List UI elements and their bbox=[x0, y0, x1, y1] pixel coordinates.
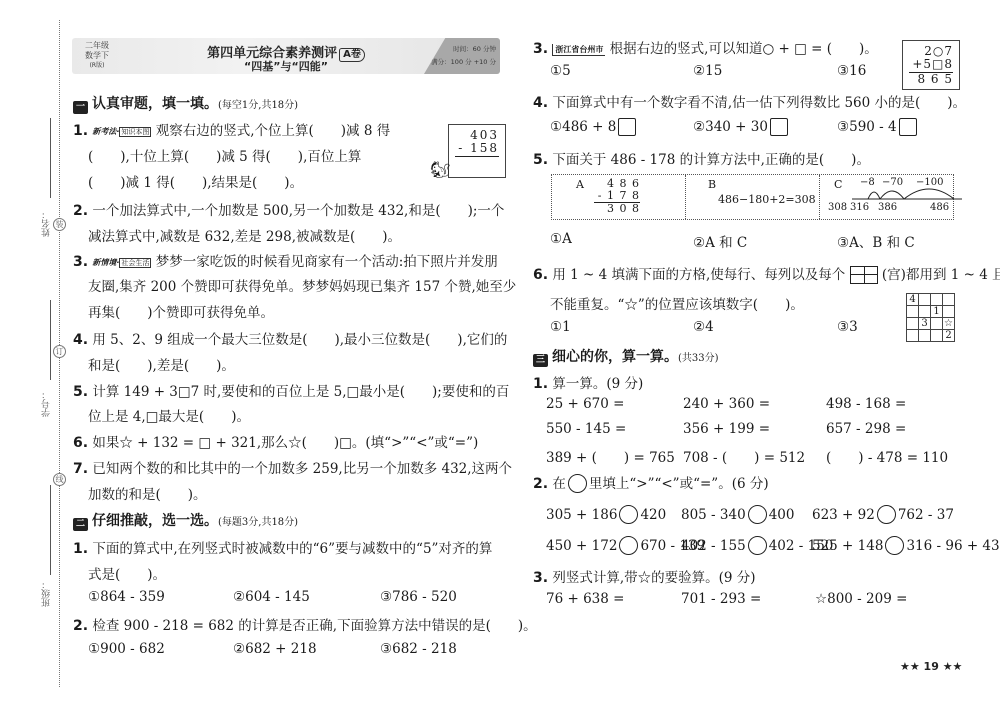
grid-cell bbox=[919, 306, 931, 318]
tick-label: 316 bbox=[850, 202, 869, 213]
grid-cell bbox=[907, 330, 919, 342]
option-3[interactable]: ③590 - 4 bbox=[837, 118, 917, 136]
name-label: 姓名： bbox=[40, 210, 52, 237]
question-2-3: 3. 浙江省台州市 根据右边的竖式,可以知道○ + □ = ( )。 bbox=[533, 37, 878, 57]
question-number: 5. bbox=[533, 152, 548, 168]
option-3[interactable]: ③682 - 218 bbox=[380, 641, 457, 657]
question-1-1: 1. 新考法·知识本图 观察右边的竖式,个位上算( )减 8 得 bbox=[73, 119, 390, 139]
option-1[interactable]: ①5 bbox=[550, 63, 571, 79]
grid-cell bbox=[931, 330, 943, 342]
question-3-1: 1. 算一算。(9 分) bbox=[533, 372, 643, 392]
question-1-3: 3. 新情境·社会生活 梦梦一家吃饭的时候看见商家有一个活动:拍下照片并发朋 bbox=[73, 250, 498, 270]
question-number: 2. bbox=[73, 203, 88, 219]
calc-item: ☆800 - 209 = bbox=[815, 591, 907, 607]
grid-cell: ☆ bbox=[943, 318, 955, 330]
left-expr: 450 + 172 bbox=[546, 538, 617, 554]
right-expr: 400 bbox=[769, 507, 795, 523]
grid-cell: 2 bbox=[943, 330, 955, 342]
method-b: B 486−180+2=308 bbox=[686, 175, 820, 219]
question-number: 2. bbox=[73, 618, 88, 634]
question-text: 式是( )。 bbox=[88, 563, 166, 583]
question-number: 6. bbox=[533, 267, 548, 283]
question-text: 观察右边的竖式,个位上算( )减 8 得 bbox=[156, 123, 391, 139]
question-text: 再集( )个赞即可获得免单。 bbox=[88, 301, 274, 321]
calc-result: 3 0 8 bbox=[594, 202, 640, 215]
option-3[interactable]: ③3 bbox=[837, 319, 858, 335]
question-number: 2. bbox=[533, 476, 548, 492]
calc-mid: - 1 7 8 bbox=[594, 190, 640, 202]
section-number: 一 bbox=[73, 101, 88, 114]
calc-rule bbox=[455, 156, 499, 157]
compare-circle[interactable] bbox=[885, 536, 904, 555]
compare-circle[interactable] bbox=[877, 505, 896, 524]
method-label: A bbox=[576, 178, 584, 191]
question-text: (宫)都用到 1 ~ 4 且 bbox=[882, 267, 1000, 283]
question-text: ( ),十位上算( )减 5 得( ),百位上算 bbox=[88, 145, 361, 165]
tick-label: 386 bbox=[878, 202, 897, 213]
question-1-5: 5. 计算 149 + 3□7 时,要使和的百位上是 5,□最小是( );要使和… bbox=[73, 380, 509, 400]
left-expr: 305 + 186 bbox=[546, 507, 617, 523]
vertical-calc: 4 8 6 - 1 7 8 3 0 8 bbox=[594, 178, 640, 215]
question-text: 下面关于 486 - 178 的计算方法中,正确的是( )。 bbox=[552, 152, 870, 168]
question-number: 1. bbox=[533, 376, 548, 392]
question-text: 如果☆ + 132 = □ + 321,那么☆( )□。(填“>”“<”或“=”… bbox=[92, 435, 478, 451]
compare-item: 402 - 155402 - 150 bbox=[681, 536, 833, 555]
grid-cell bbox=[907, 318, 919, 330]
seal-icon: 线 bbox=[53, 473, 66, 486]
section-note: (每空1分,共18分) bbox=[218, 100, 298, 111]
new-method-tag: 新考法·知识本图 bbox=[92, 126, 151, 137]
compare-item: 305 + 186420 bbox=[546, 505, 666, 524]
question-text: 友圈,集齐 200 个赞即可获得免单。梦梦妈妈现已集齐 157 个赞,她至少 bbox=[88, 275, 516, 295]
question-number: 7. bbox=[73, 461, 88, 477]
question-3-3: 3. 列竖式计算,带☆的要验算。(9 分) bbox=[533, 566, 756, 586]
option-2[interactable]: ②4 bbox=[693, 319, 714, 335]
calc-item: 356 + 199 = bbox=[683, 421, 770, 437]
calc-item: 708 - ( ) = 512 bbox=[683, 446, 805, 466]
grid-cell bbox=[931, 294, 943, 306]
seal-icon: 装 bbox=[53, 218, 66, 231]
question-text: 里填上“>”“<”或“=”。(6 分) bbox=[589, 476, 769, 492]
question-text: 和是( ),差是( )。 bbox=[88, 354, 235, 374]
question-3-2: 2. 在里填上“>”“<”或“=”。(6 分) bbox=[533, 472, 769, 493]
question-text: 算一算。(9 分) bbox=[552, 376, 643, 392]
circle-blank-icon bbox=[568, 474, 587, 493]
grid-cell: 3 bbox=[919, 318, 931, 330]
tag-text: 新情境 bbox=[92, 258, 116, 267]
option-2[interactable]: ②15 bbox=[693, 63, 722, 79]
question-1-6: 6. 如果☆ + 132 = □ + 321,那么☆( )□。(填“>”“<”或… bbox=[73, 431, 478, 451]
step-label: −100 bbox=[916, 177, 943, 188]
question-2-1: 1. 下面的算式中,在列竖式时被减数中的“6”要与减数中的“5”对齐的算 bbox=[73, 537, 492, 557]
section-note: (共33分) bbox=[678, 353, 719, 364]
id-line bbox=[50, 300, 51, 380]
grid-cell bbox=[919, 294, 931, 306]
question-number: 6. bbox=[73, 435, 88, 451]
compare-circle[interactable] bbox=[619, 505, 638, 524]
option-2[interactable]: ②682 + 218 bbox=[233, 641, 317, 657]
question-text: 计算 149 + 3□7 时,要使和的百位上是 5,□最小是( );要使和的百 bbox=[92, 384, 509, 400]
question-2-2: 2. 检查 900 - 218 = 682 的计算是否正确,下面验算方法中错误的… bbox=[73, 614, 537, 634]
method-a: A 4 8 6 - 1 7 8 3 0 8 bbox=[552, 175, 686, 219]
class-line bbox=[50, 485, 51, 575]
option-1[interactable]: ①900 - 682 bbox=[88, 641, 165, 657]
question-text: 下面的算式中,在列竖式时被减数中的“6”要与减数中的“5”对齐的算 bbox=[92, 541, 492, 557]
section-title: 认真审题，填一填。 bbox=[92, 96, 218, 112]
left-expr: 623 + 92 bbox=[812, 507, 875, 523]
option-2[interactable]: ②604 - 145 bbox=[233, 589, 310, 605]
option-3[interactable]: ③A、B 和 C bbox=[837, 231, 915, 251]
id-label: 学号： bbox=[40, 390, 52, 417]
question-text: 减法算式中,减数是 632,差是 298,被减数是( )。 bbox=[88, 225, 401, 245]
question-1-4: 4. 用 5、2、9 组成一个最大三位数是( ),最小三位数是( ),它们的 bbox=[73, 328, 507, 348]
blank-box bbox=[618, 118, 636, 136]
blank-box bbox=[899, 118, 917, 136]
question-text: ( )减 1 得( ),结果是( )。 bbox=[88, 171, 303, 191]
compare-item: 805 - 340400 bbox=[681, 505, 794, 524]
calc-item: ( ) - 478 = 110 bbox=[826, 446, 948, 466]
vertical-calc-figure: 403 - 158 bbox=[448, 124, 506, 178]
option-2[interactable]: ②340 + 30 bbox=[693, 118, 788, 136]
question-number: 4. bbox=[73, 332, 88, 348]
question-number: 3. bbox=[73, 254, 88, 270]
grid-cell bbox=[931, 318, 943, 330]
section-number: 三 bbox=[533, 354, 548, 367]
grid-cell bbox=[919, 330, 931, 342]
question-text: 一个加法算式中,一个加数是 500,另一个加数是 432,和是( );一个 bbox=[92, 203, 504, 219]
right-expr: 316 - 96 + 437 bbox=[906, 538, 1000, 554]
question-text: 梦梦一家吃饭的时候看见商家有一个活动:拍下照片并发朋 bbox=[156, 254, 498, 270]
method-label: C bbox=[834, 178, 842, 191]
section-2-heading: 二仔细推敲，选一选。(每题3分,共18分) bbox=[73, 510, 298, 531]
grid-cell: 1 bbox=[931, 306, 943, 318]
question-number: 3. bbox=[533, 570, 548, 586]
squirrel-icon: 🐿 bbox=[430, 160, 450, 179]
option-3[interactable]: ③786 - 520 bbox=[380, 589, 457, 605]
question-1-2: 2. 一个加法算式中,一个加数是 500,另一个加数是 432,和是( );一个 bbox=[73, 199, 504, 219]
question-text: 根据右边的竖式,可以知道○ + □ = ( )。 bbox=[610, 41, 878, 57]
tag-text: 新考法 bbox=[92, 127, 116, 136]
blank-box bbox=[770, 118, 788, 136]
question-text: 不能重复。“☆”的位置应该填数字( )。 bbox=[550, 293, 804, 313]
method-label: B bbox=[708, 178, 716, 191]
question-number: 1. bbox=[73, 541, 88, 557]
tag-box: 社会生活 bbox=[119, 258, 151, 268]
question-1-7: 7. 已知两个数的和比其中的一个加数多 259,比另一个加数多 432,这两个 bbox=[73, 457, 512, 477]
step-label: −8 bbox=[860, 177, 875, 188]
option-3[interactable]: ③16 bbox=[837, 63, 866, 79]
calc-item: 701 - 293 = bbox=[681, 591, 761, 607]
question-text: 已知两个数的和比其中的一个加数多 259,比另一个加数多 432,这两个 bbox=[92, 461, 512, 477]
option-1[interactable]: ①A bbox=[550, 231, 572, 247]
option-text: ③590 - 4 bbox=[837, 119, 897, 135]
question-text: 加数的和是( )。 bbox=[88, 483, 207, 503]
region-tag: 浙江省台州市 bbox=[552, 44, 605, 56]
tag-box: 知识本图 bbox=[119, 127, 151, 137]
name-line bbox=[50, 118, 51, 198]
section-1-heading: 一认真审题，填一填。(每空1分,共18分) bbox=[73, 93, 298, 114]
grid-cell bbox=[907, 306, 919, 318]
method-expr: 486−180+2=308 bbox=[718, 193, 816, 206]
question-number: 3. bbox=[533, 41, 548, 57]
vertical-calc-figure: 2○7 +5□8 8 6 5 bbox=[902, 40, 960, 90]
left-expr: 805 - 340 bbox=[681, 507, 746, 523]
methods-box: A 4 8 6 - 1 7 8 3 0 8 B 486−180+2=308 C … bbox=[551, 174, 954, 220]
left-expr: 402 - 155 bbox=[681, 538, 746, 554]
sudoku-grid: 4 1 3☆ 2 bbox=[906, 293, 955, 342]
question-number: 4. bbox=[533, 95, 548, 111]
calc-bottom: - 158 bbox=[455, 142, 499, 155]
option-text: ①486 + 8 bbox=[550, 119, 616, 135]
option-2[interactable]: ②A 和 C bbox=[693, 231, 747, 251]
calc-item: 550 - 145 = bbox=[546, 421, 626, 437]
section-title: 细心的你，算一算。 bbox=[552, 349, 678, 365]
question-2-5: 5. 下面关于 486 - 178 的计算方法中,正确的是( )。 bbox=[533, 148, 870, 168]
section-title: 仔细推敲，选一选。 bbox=[92, 513, 218, 529]
compare-item: 623 + 92762 - 37 bbox=[812, 505, 954, 524]
method-c: C −8 −70 −100 308 316 386 486 bbox=[820, 175, 953, 219]
question-text: 检查 900 - 218 = 682 的计算是否正确,下面验算方法中错误的是( … bbox=[92, 618, 536, 634]
calc-item: 498 - 168 = bbox=[826, 396, 906, 412]
calc-item: 389 + ( ) = 765 bbox=[546, 446, 675, 466]
class-label: 班级： bbox=[40, 580, 52, 607]
question-2-4: 4. 下面算式中有一个数字看不清,估一估下列得数比 560 小的是( )。 bbox=[533, 91, 966, 111]
question-text: 在 bbox=[552, 476, 566, 492]
compare-item: 525 + 148316 - 96 + 437 bbox=[812, 536, 1000, 555]
question-text: 用 1 ~ 4 填满下面的方格,使每行、每列以及每个 bbox=[552, 267, 845, 283]
question-text: 用 5、2、9 组成一个最大三位数是( ),最小三位数是( ),它们的 bbox=[92, 332, 507, 348]
binding-margin: 姓名： 装 订 学号： 线 班级： bbox=[0, 0, 66, 707]
calc-result: 8 6 5 bbox=[909, 73, 953, 86]
section-3-heading: 三细心的你，算一算。(共33分) bbox=[533, 346, 719, 367]
question-number: 1. bbox=[73, 123, 88, 139]
seal-icon: 订 bbox=[53, 345, 66, 358]
section-number: 二 bbox=[73, 518, 88, 531]
page-number: ★★ 19 ★★ bbox=[900, 660, 962, 673]
calc-item: 240 + 360 = bbox=[683, 396, 770, 412]
question-2-6: 6. 用 1 ~ 4 填满下面的方格,使每行、每列以及每个 (宫)都用到 1 ~… bbox=[533, 263, 1000, 284]
right-expr: 420 bbox=[640, 507, 666, 523]
right-expr: 762 - 37 bbox=[898, 507, 954, 523]
full-score: 满分：100 分 +10 分 bbox=[424, 56, 496, 69]
question-text: 列竖式计算,带☆的要验算。(9 分) bbox=[552, 570, 755, 586]
question-text: 位上是 4,□最大是( )。 bbox=[88, 405, 250, 425]
grid-cell bbox=[943, 306, 955, 318]
calc-row-2: +5□8 bbox=[909, 58, 953, 71]
option-text: ②340 + 30 bbox=[693, 119, 768, 135]
compare-circle[interactable] bbox=[748, 536, 767, 555]
tick-label: 308 bbox=[828, 202, 847, 213]
compare-circle[interactable] bbox=[619, 536, 638, 555]
calc-item: 25 + 670 = bbox=[546, 396, 624, 412]
left-expr: 525 + 148 bbox=[812, 538, 883, 554]
calc-item: 657 - 298 = bbox=[826, 421, 906, 437]
question-number: 5. bbox=[73, 384, 88, 400]
grid-cell bbox=[943, 294, 955, 306]
question-text: 下面算式中有一个数字看不清,估一估下列得数比 560 小的是( )。 bbox=[552, 95, 966, 111]
option-1[interactable]: ①486 + 8 bbox=[550, 118, 636, 136]
option-1[interactable]: ①1 bbox=[550, 319, 571, 335]
header-banner: 二年级 数学下 (R版) 第四单元综合素养测评A卷 “四基”与“四能” 时间：6… bbox=[72, 38, 500, 74]
palace-grid-icon bbox=[850, 266, 878, 284]
calc-item: 76 + 638 = bbox=[546, 591, 624, 607]
section-note: (每题3分,共18分) bbox=[218, 517, 298, 528]
step-label: −70 bbox=[882, 177, 903, 188]
new-context-tag: 新情境·社会生活 bbox=[92, 257, 151, 268]
option-1[interactable]: ①864 - 359 bbox=[88, 589, 165, 605]
grid-cell: 4 bbox=[907, 294, 919, 306]
tick-label: 486 bbox=[930, 202, 949, 213]
compare-circle[interactable] bbox=[748, 505, 767, 524]
